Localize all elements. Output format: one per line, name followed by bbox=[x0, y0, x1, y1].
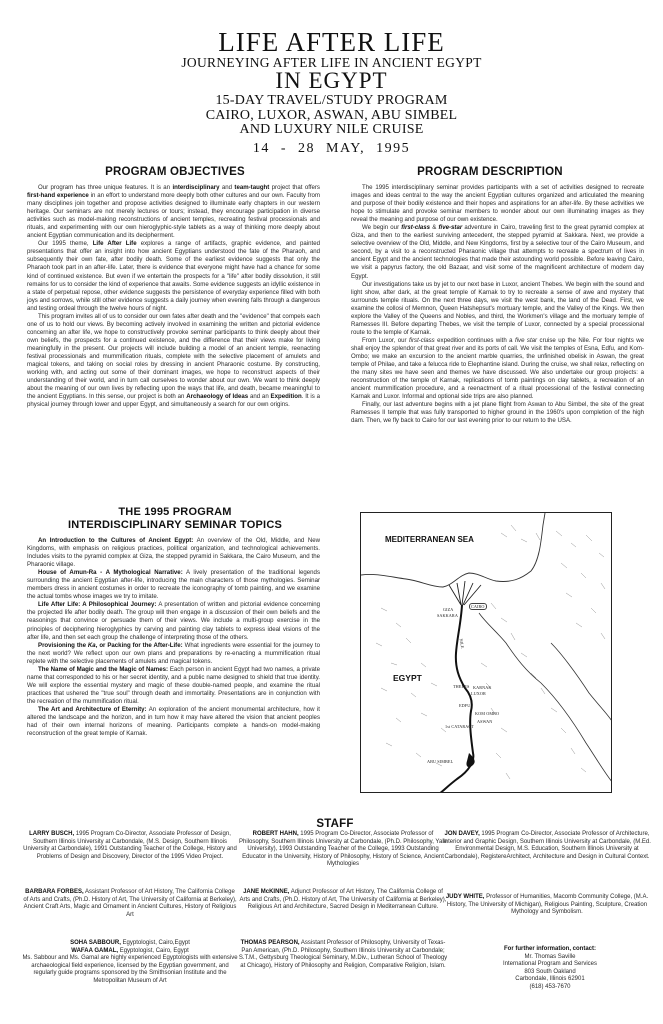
topics-heading: THE 1995 PROGRAM INTERDISCIPLINARY SEMIN… bbox=[20, 506, 330, 532]
city-label: ASWAN bbox=[477, 719, 492, 724]
staff-member: SOHA SABBOUR, Egyptologist, Cairo,Egypt … bbox=[22, 940, 238, 986]
staff-member: BARBARA FORBES, Assistant Professor of A… bbox=[22, 889, 238, 919]
contact-name: Mr. Thomas Saville bbox=[455, 954, 645, 962]
emphasis: Life After Life bbox=[93, 240, 137, 247]
city-label: KOM OMBO bbox=[475, 711, 499, 716]
contact-street: 803 South Oakland bbox=[455, 969, 645, 977]
description-text: The 1995 interdisciplinary seminar provi… bbox=[351, 184, 644, 425]
staff-entry: SOHA SABBOUR, Egyptologist, Cairo,Egypt bbox=[22, 940, 238, 948]
topic-title-italic: Ka bbox=[88, 642, 96, 649]
emphasis: first-hand experience bbox=[27, 192, 89, 199]
staff-name: LARRY BUSCH, bbox=[29, 831, 74, 837]
objectives-paragraph: Our program has three unique features. I… bbox=[27, 184, 320, 240]
objectives-heading: PROGRAM OBJECTIVES bbox=[20, 166, 330, 179]
topic-title: An Introduction to the Cultures of Ancie… bbox=[38, 537, 193, 544]
description-paragraph: Our investigations take us by jet to our… bbox=[351, 281, 644, 337]
text: From Luxor, our bbox=[362, 337, 409, 344]
emphasis: Archaeology of Ideas bbox=[186, 393, 248, 400]
staff-entry: WAFAA GAMAL, Egyptologist, Cairo, Egypt bbox=[22, 948, 238, 956]
staff-bio: Ms. Sabbour and Ms. Gamal are highly exp… bbox=[22, 955, 238, 985]
topic-item: Life After Life: A Philosophical Journey… bbox=[27, 601, 320, 641]
country-label: EGYPT bbox=[393, 673, 422, 683]
staff-name: THOMAS PEARSON, bbox=[241, 940, 300, 946]
emphasis: Expedition bbox=[271, 393, 302, 400]
staff-name: JON DAVEY, bbox=[445, 831, 480, 837]
objectives-paragraph: This program invites all of us to consid… bbox=[27, 313, 320, 410]
city-label: THEBES bbox=[453, 684, 469, 689]
city-label: EDFU bbox=[459, 703, 470, 708]
text: expedition continues with a bbox=[435, 337, 515, 344]
city-label: GIZA bbox=[443, 607, 453, 612]
emphasis: five-star bbox=[439, 224, 463, 231]
text: This program invites all of us to consid… bbox=[27, 313, 320, 400]
emphasis: first-class bbox=[401, 224, 430, 231]
contact-phone: (618) 453-7670 bbox=[455, 984, 645, 992]
map-illustration bbox=[361, 513, 612, 793]
emphasis: first-class bbox=[409, 337, 435, 344]
city-label: ABU SIMBEL bbox=[427, 759, 453, 764]
emphasis: interdisciplinary bbox=[172, 184, 219, 191]
text: cruise up the Nile. For four nights we s… bbox=[351, 337, 644, 400]
city-label: LUXOR bbox=[471, 691, 486, 696]
city-label: CAIRO bbox=[469, 603, 487, 610]
objectives-text: Our program has three unique features. I… bbox=[27, 184, 320, 409]
text: & bbox=[430, 224, 438, 231]
topic-title: House of Amun-Ra - A Mythological Narrat… bbox=[38, 569, 183, 576]
topic-item: House of Amun-Ra - A Mythological Narrat… bbox=[27, 569, 320, 601]
staff-name: BARBARA FORBES, bbox=[25, 889, 83, 895]
city-label: 1st CATARACT bbox=[445, 724, 474, 729]
text: and bbox=[220, 184, 235, 191]
staff-name: SOHA SABBOUR, bbox=[70, 940, 121, 946]
text: in an effort to understand more deeply b… bbox=[27, 192, 320, 239]
topics-heading-line1: THE 1995 PROGRAM bbox=[20, 506, 330, 519]
staff-member: JANE McKINNE, Adjunct Professor of Art H… bbox=[238, 889, 448, 912]
description-paragraph: Finally, our last adventure begins with … bbox=[351, 401, 644, 425]
emphasis: team-taught bbox=[234, 184, 269, 191]
topic-title: Life After Life: A Philosophical Journey… bbox=[38, 601, 156, 608]
description-paragraph: We begin our first-class & five-star adv… bbox=[351, 224, 644, 280]
staff-member: ROBERT HAHN, 1995 Program Co-Director, A… bbox=[238, 831, 448, 869]
staff-member: THOMAS PEARSON, Assistant Professor of P… bbox=[238, 940, 448, 970]
cruise-line: AND LUXURY NILE CRUISE bbox=[0, 122, 663, 138]
staff-bio: Egyptologist, Cairo, Egypt bbox=[118, 948, 189, 954]
page-title: LIFE AFTER LIFE bbox=[0, 27, 663, 57]
city-label: SAKKARA bbox=[437, 613, 458, 618]
staff-name: ROBERT HAHN, bbox=[253, 831, 299, 837]
text: project that offers bbox=[269, 184, 320, 191]
program-line: 15-DAY TRAVEL/STUDY PROGRAM bbox=[0, 93, 663, 109]
topics-list: An Introduction to the Cultures of Ancie… bbox=[27, 537, 320, 738]
contact-office: International Program and Services bbox=[455, 961, 645, 969]
contact-info: For further information, contact: Mr. Th… bbox=[455, 946, 645, 992]
description-paragraph: The 1995 interdisciplinary seminar provi… bbox=[351, 184, 644, 224]
topic-title: The Name of Magic and the Magic of Names… bbox=[38, 666, 168, 673]
staff-member: JON DAVEY, 1995 Program Co-Director, Ass… bbox=[438, 831, 656, 861]
sea-label: MEDITERRANEAN SEA bbox=[385, 535, 474, 544]
description-heading: PROGRAM DESCRIPTION bbox=[335, 166, 645, 179]
staff-bio: Egyptologist, Cairo,Egypt bbox=[121, 940, 190, 946]
contact-city: Carbondale, Illinois 62901 bbox=[455, 976, 645, 984]
program-dates: 14 - 28 MAY, 1995 bbox=[0, 141, 663, 157]
topic-item: The Art and Architecture of Eternity: An… bbox=[27, 706, 320, 738]
topic-item: An Introduction to the Cultures of Ancie… bbox=[27, 537, 320, 569]
text: explores a range of artifacts, graphic e… bbox=[27, 240, 320, 311]
staff-name: WAFAA GAMAL, bbox=[71, 948, 118, 954]
text: We begin our bbox=[362, 224, 401, 231]
topic-title: The Art and Architecture of Eternity: bbox=[38, 706, 147, 713]
topic-title: Provisioning the bbox=[38, 642, 88, 649]
location-title: IN EGYPT bbox=[0, 68, 663, 94]
topic-item: The Name of Magic and the Magic of Names… bbox=[27, 666, 320, 706]
text: adventure in Cairo, traveling first to t… bbox=[351, 224, 644, 279]
staff-member: JUDY WHITE, Professor of Humanities, Mac… bbox=[438, 894, 656, 917]
description-paragraph: From Luxor, our first-class expedition c… bbox=[351, 337, 644, 401]
emphasis: five star bbox=[515, 337, 537, 344]
egypt-map: MEDITERRANEAN SEA EGYPT GIZA SAKKARA CAI… bbox=[360, 512, 612, 793]
staff-member: LARRY BUSCH, 1995 Program Co-Director, A… bbox=[22, 831, 238, 861]
topics-heading-line2: INTERDISCIPLINARY SEMINAR TOPICS bbox=[20, 519, 330, 532]
text: Our program has three unique features. I… bbox=[38, 184, 172, 191]
topic-title: , or Packing for the After-Life: bbox=[96, 642, 183, 649]
objectives-paragraph: Our 1995 theme, Life After Life explores… bbox=[27, 240, 320, 312]
staff-name: JANE McKINNE, bbox=[243, 889, 289, 895]
topic-item: Provisioning the Ka, or Packing for the … bbox=[27, 642, 320, 666]
city-label: KARNAK bbox=[473, 685, 492, 690]
staff-heading: STAFF bbox=[225, 818, 445, 831]
contact-heading: For further information, contact: bbox=[455, 946, 645, 954]
text: Our 1995 theme, bbox=[38, 240, 93, 247]
text: and an bbox=[248, 393, 270, 400]
staff-name: JUDY WHITE, bbox=[446, 894, 485, 900]
